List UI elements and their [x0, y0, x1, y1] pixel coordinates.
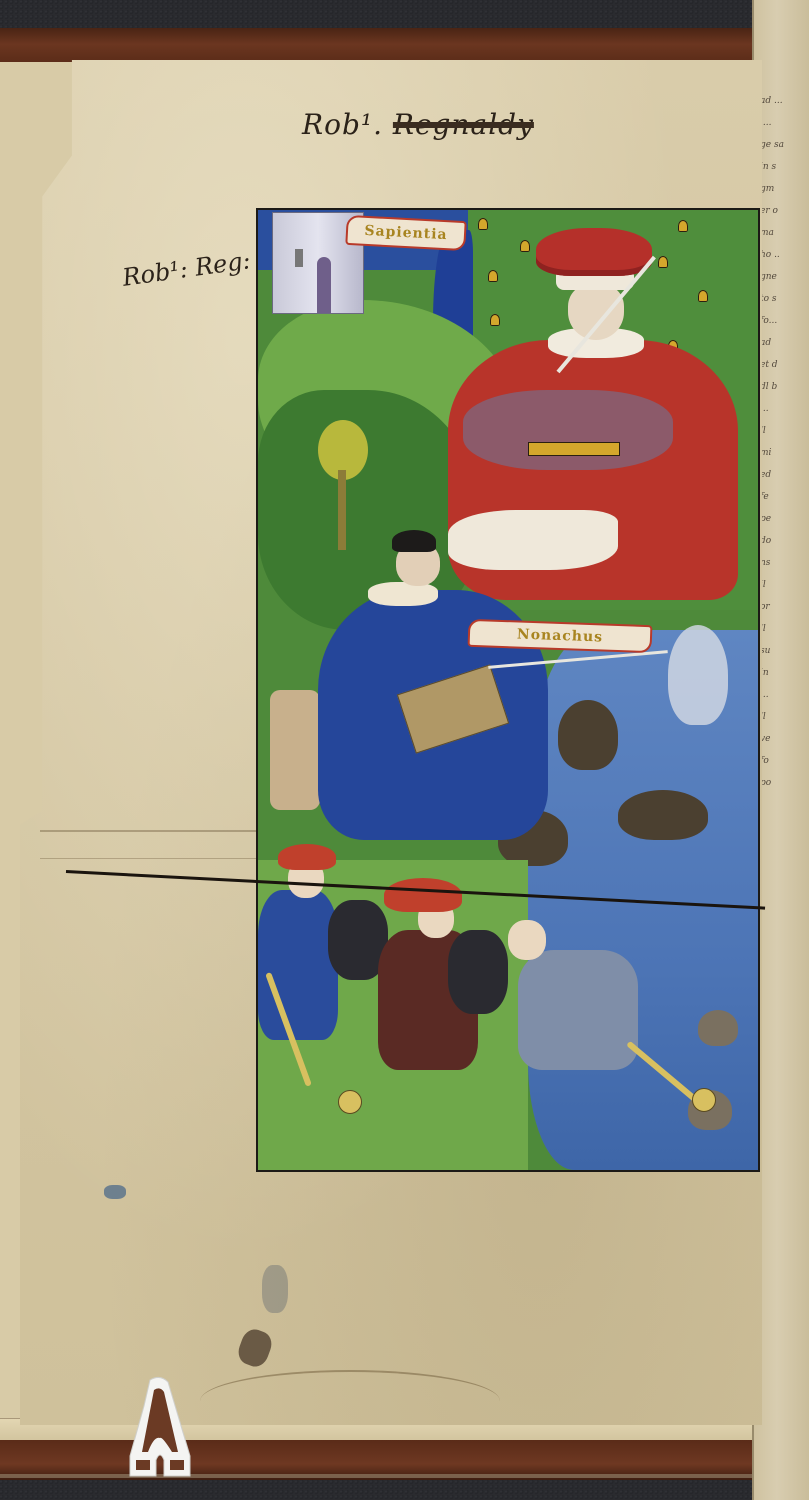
scholar-collar: [368, 582, 438, 606]
tower-window: [295, 249, 303, 267]
duck-icon: [698, 1010, 738, 1046]
hunter-2-hat: [384, 878, 462, 912]
leather-binding-top: [0, 28, 765, 64]
hawk-icon: [558, 700, 618, 770]
tower-door: [317, 257, 331, 313]
horn-bell: [692, 1088, 716, 1112]
stool: [270, 690, 320, 810]
hawk-icon: [618, 790, 708, 840]
hunter-hawk-icon: [448, 930, 508, 1014]
gold-flower-icon: [520, 240, 530, 252]
ermine-lining: [448, 510, 618, 570]
scholar-cap: [392, 530, 436, 552]
king-crown-hat: [536, 228, 652, 276]
gold-flower-icon: [698, 290, 708, 302]
binding-edge: [0, 1474, 800, 1478]
hunter-3-tunic: [518, 950, 638, 1070]
king-belt: [528, 442, 620, 456]
hunter-1-tunic: [258, 890, 338, 1040]
ink-stain: [104, 1185, 126, 1199]
heron-icon: [668, 625, 728, 725]
tree-trunk: [338, 470, 346, 550]
hunter-1-hat: [278, 844, 336, 870]
gold-flower-icon: [488, 270, 498, 282]
banner-scroll-top: Sapientia: [345, 215, 466, 251]
gold-flower-icon: [658, 256, 668, 268]
hunter-3-face: [508, 920, 546, 960]
annotation-text: Rob¹.: [302, 108, 383, 141]
leaf-fold: [200, 1370, 500, 1432]
gold-flower-icon: [678, 220, 688, 232]
king-face: [568, 284, 624, 340]
handwritten-annotation-top: Rob¹. Regnaldy: [302, 108, 534, 141]
king-sleeve: [463, 390, 673, 470]
gold-flower-icon: [478, 218, 488, 230]
page-clip-icon: [124, 1376, 196, 1480]
stain: [262, 1265, 288, 1313]
struck-annotation-text: Regnaldy: [393, 108, 534, 141]
gold-flower-icon: [490, 314, 500, 326]
horn-bell: [338, 1090, 362, 1114]
facing-page-text: ad ... ... ge sa in s gm er o ma ho .. g…: [760, 90, 809, 1410]
illuminated-miniature: [256, 208, 760, 1172]
